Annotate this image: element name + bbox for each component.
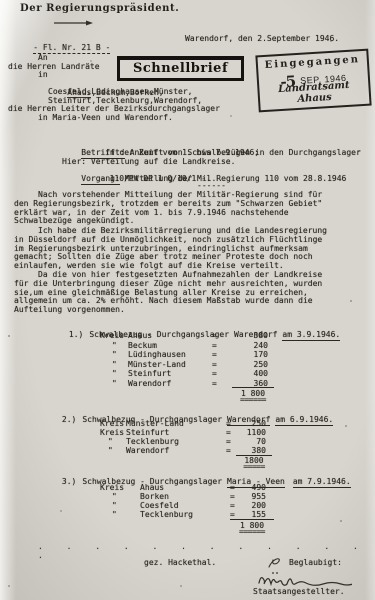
row-prefix: Kreis [100,331,124,340]
district-name: Tecklenburg [126,437,179,446]
equals-sign: = [212,379,217,388]
paragraph-2: Ich habe die Bezirksmilitärregierung und… [14,226,366,270]
equals-sign: = [226,437,231,446]
allocation-value: 1100 [232,428,266,437]
district-name: Warendorf [126,446,169,455]
paragraph-3: Da die von hier festgesetzten Aufnahmeza… [14,270,366,314]
equals-sign: = [212,350,217,359]
handwritten-signature [256,570,352,588]
paragraph-line: allgemein um ca. 2% erhöht. Nach diesem … [14,296,366,305]
address-in: in [38,70,48,79]
row-prefix: " [112,510,117,519]
allocation-value: 250 [232,419,266,428]
allocation-value: 380 [234,331,268,340]
allocation-value: 250 [234,360,268,369]
district-name: Ahaus [140,483,164,492]
table-row: "Tecklenburg=70 [0,437,375,446]
district-name: Münster-Land [128,360,186,369]
address-camps: in Maria-Veen und Warendorf. [38,113,173,122]
paragraph-line: in Düsseldorf auf die Unmöglichkeit, noc… [14,235,366,244]
district-name: Beckum [128,341,157,350]
equals-sign: = [226,446,231,455]
allocation-value: 170 [234,350,268,359]
row-prefix: " [112,379,117,388]
table-row: KreisAhaus=490 [0,483,375,492]
pen-curl-icon [266,556,284,569]
paragraph-line: einlaufen, werden sie wie folgt auf die … [14,261,366,270]
equals-sign: = [226,428,231,437]
district-name: Ahaus [128,331,152,340]
row-prefix: " [112,369,117,378]
signatory-role: Staatsangestellter. [253,587,345,596]
table-row: "Beckum=240 [0,341,375,350]
district-name: Warendorf [128,379,171,388]
arrow-divider-icon [52,19,96,27]
district-name: Borken [140,492,169,501]
row-prefix: " [112,492,117,501]
table-row: "Steinfurt=400 [0,369,375,378]
paragraph-line: gemacht; Sollten die Züge aber trotz mei… [14,252,366,261]
table-row: "Borken=955 [0,492,375,501]
paragraph-line: Schwalbezüge angekündigt. [14,216,366,225]
row-prefix: " [112,360,117,369]
table-row: "Coesfeld=200 [0,501,375,510]
received-stamp: Eingegangen -5 SEP. 1946 Landratsamt Aha… [255,49,371,113]
district-name: Steinfurt [126,428,169,437]
allocation-value: 955 [232,492,266,501]
total-rule: ====== [230,527,274,536]
district-name: Tecklenburg [140,510,193,519]
express-letter-label: Schnellbrief [118,59,243,79]
row-prefix: Kreis [100,428,124,437]
district-name: Coesfeld [140,501,179,510]
allocation-value: 155 [232,510,266,519]
paragraph-line: Da die von hier festgesetzten Aufnahmeza… [14,270,366,279]
paragraph-line: Ich habe die Bezirksmilitärregierung und… [14,226,366,235]
table-row: "Warendorf=380 [0,446,375,455]
allocation-value: 200 [232,501,266,510]
row-prefix: " [108,437,113,446]
table-row: KreisMünster-Land=250 [0,419,375,428]
table-row: "Lüdinghausen=170 [0,350,375,359]
row-prefix: " [108,446,113,455]
equals-sign: = [212,360,217,369]
table-row: KreisAhaus=380 [0,331,375,340]
subject-vorgang2: - 110/PW DP 1 Q/10/1 -. [100,174,211,183]
allocation-value: 70 [232,437,266,446]
table-row: "Tecklenburg=155 [0,510,375,519]
place-date-line: Warendorf, den 2.September 1946. [185,34,339,43]
certified-label: Beglaubigt: [289,558,342,567]
allocation-value: 490 [232,483,266,492]
allocation-value: 240 [234,341,268,350]
paragraph-line: Aufteilung vorgenommen. [14,305,366,314]
district-name: Münster-Land [126,419,184,428]
row-prefix: Kreis [100,483,124,492]
row-prefix: Kreis [100,419,124,428]
signed-by: gez. Hackethal. [144,558,216,567]
district-name: Lüdinghausen [128,350,186,359]
express-letter-box: Schnellbrief [117,56,244,81]
paragraph-line: für die Unterbringung dieser Züge nicht … [14,279,366,288]
row-prefix: " [112,350,117,359]
letterhead-title: Der Regierungspräsident. [20,3,179,14]
equals-sign: = [212,369,217,378]
allocation-value: 400 [234,369,268,378]
table-row: "Warendorf=360 [0,379,375,388]
address-recipients: die Herren Landräte [8,62,100,71]
paragraph-line: Nach vorstehender Mitteilung der Militär… [14,190,366,199]
paragraph-1: Nach vorstehender Mitteilung der Militär… [14,190,366,225]
equals-sign: = [212,331,217,340]
paragraph-line: den Regierungsbezirk, trotzdem er bereit… [14,199,366,208]
table-row: KreisSteinfurt=1100 [0,428,375,437]
table-row: "Münster-Land=250 [0,360,375,369]
total-rule: ====== [232,395,274,404]
equals-sign: = [212,341,217,350]
row-prefix: " [112,501,117,510]
reference-number: - Fl. Nr. 21 B - [14,34,110,61]
district-name: Steinfurt [128,369,171,378]
equals-sign: = [226,419,231,428]
scanned-letter: Der Regierungspräsident. - Fl. Nr. 21 B … [0,0,375,600]
row-prefix: " [112,341,117,350]
subject-separator: ------ [197,181,226,190]
